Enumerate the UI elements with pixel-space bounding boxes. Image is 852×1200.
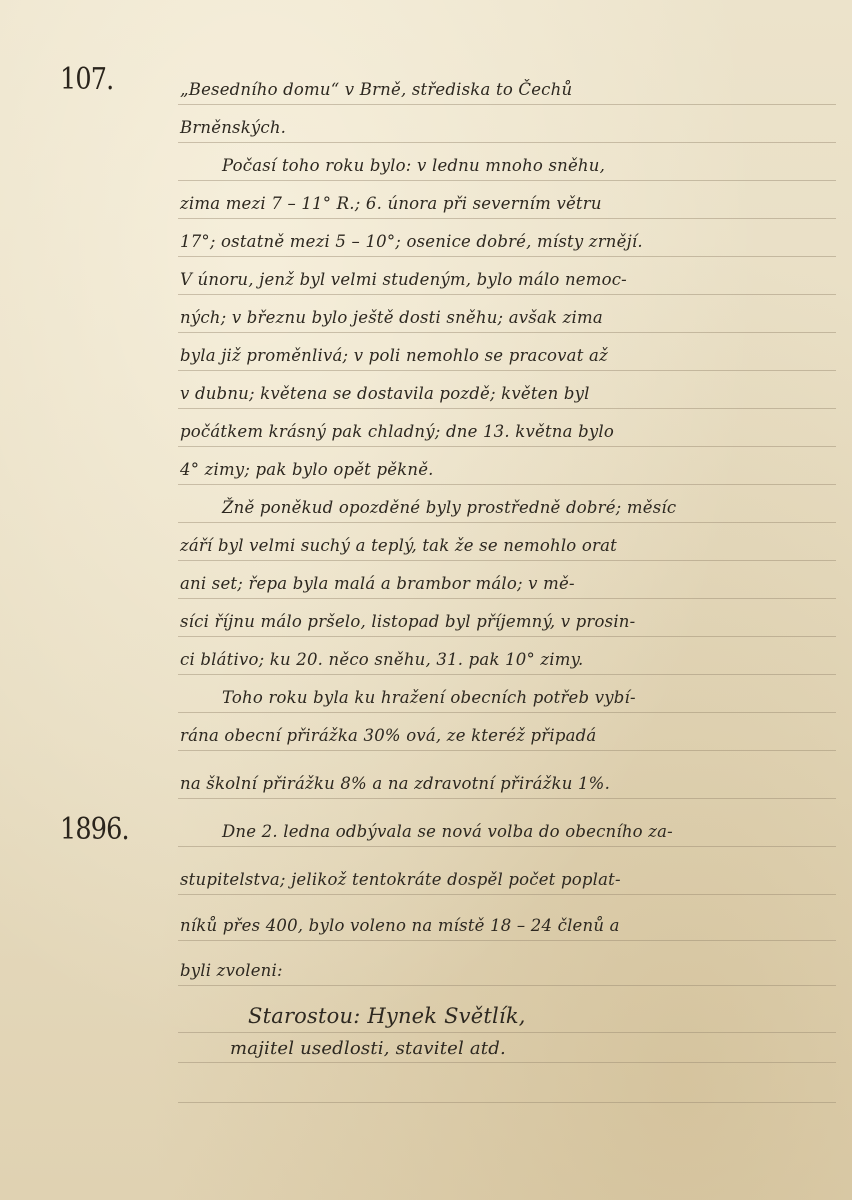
ruled-line — [178, 636, 836, 637]
text-line: zima mezi 7 – 11° R.; 6. února při sever… — [180, 194, 840, 213]
ruled-line — [178, 674, 836, 675]
ruled-line — [178, 846, 836, 847]
text-line: níků přes 400, bylo voleno na místě 18 –… — [180, 916, 840, 935]
ruled-line — [178, 940, 836, 941]
text-line: ani set; řepa byla malá a brambor málo; … — [180, 574, 840, 593]
text-line: Brněnských. — [180, 118, 840, 137]
ruled-line — [178, 598, 836, 599]
ruled-line — [178, 104, 836, 105]
ruled-line — [178, 142, 836, 143]
chronicle-page: 107. 1896. „Besedního domu“ v Brně, stře… — [0, 0, 852, 1200]
mayor-line: Starostou: Hynek Světlík, — [180, 1004, 852, 1028]
ruled-line — [178, 332, 836, 333]
text-line: byli zvoleni: — [180, 961, 840, 980]
text-line: „Besedního domu“ v Brně, střediska to Če… — [180, 80, 840, 99]
ruled-line — [178, 484, 836, 485]
ruled-line — [178, 1102, 836, 1103]
mayor-occupation-line: majitel usedlosti, stavitel atd. — [180, 1038, 852, 1059]
ruled-line — [178, 560, 836, 561]
ruled-line — [178, 180, 836, 181]
text-line: rána obecní přirážka 30% ová, ze kteréž … — [180, 726, 840, 745]
text-line: V únoru, jenž byl velmi studeným, bylo m… — [180, 270, 840, 289]
text-line: byla již proměnlivá; v poli nemohlo se p… — [180, 346, 840, 365]
ruled-line — [178, 408, 836, 409]
margin-year: 1896. — [60, 812, 129, 847]
text-line: září byl velmi suchý a teplý, tak že se … — [180, 536, 840, 555]
text-line: stupitelstva; jelikož tentokráte dospěl … — [180, 870, 840, 889]
ruled-line — [178, 522, 836, 523]
text-line: v dubnu; květena se dostavila pozdě; kvě… — [180, 384, 840, 403]
text-line: Žně poněkud opozděné byly prostředně dob… — [180, 498, 852, 517]
ruled-line — [178, 218, 836, 219]
text-line: síci říjnu málo pršelo, listopad byl pří… — [180, 612, 840, 631]
text-line: počátkem krásný pak chladný; dne 13. kvě… — [180, 422, 840, 441]
margin-page-number: 107. — [60, 62, 113, 97]
ruled-line — [178, 750, 836, 751]
ruled-line — [178, 370, 836, 371]
text-line: 4° zimy; pak bylo opět pěkně. — [180, 460, 840, 479]
ruled-line — [178, 1032, 836, 1033]
text-line: ných; v březnu bylo ještě dosti sněhu; a… — [180, 308, 840, 327]
ruled-line — [178, 985, 836, 986]
text-line: 17°; ostatně mezi 5 – 10°; osenice dobré… — [180, 232, 840, 251]
text-line: Toho roku byla ku hražení obecních potře… — [180, 688, 852, 707]
text-line: ci blátivo; ku 20. něco sněhu, 31. pak 1… — [180, 650, 840, 669]
ruled-line — [178, 1062, 836, 1063]
ruled-line — [178, 294, 836, 295]
text-line: Dne 2. ledna odbývala se nová volba do o… — [180, 822, 852, 841]
ruled-line — [178, 256, 836, 257]
ruled-line — [178, 712, 836, 713]
ruled-line — [178, 446, 836, 447]
ruled-line — [178, 798, 836, 799]
text-line: na školní přirážku 8% a na zdravotní při… — [180, 774, 840, 793]
text-line: Počasí toho roku bylo: v lednu mnoho sně… — [180, 156, 852, 175]
ruled-line — [178, 894, 836, 895]
